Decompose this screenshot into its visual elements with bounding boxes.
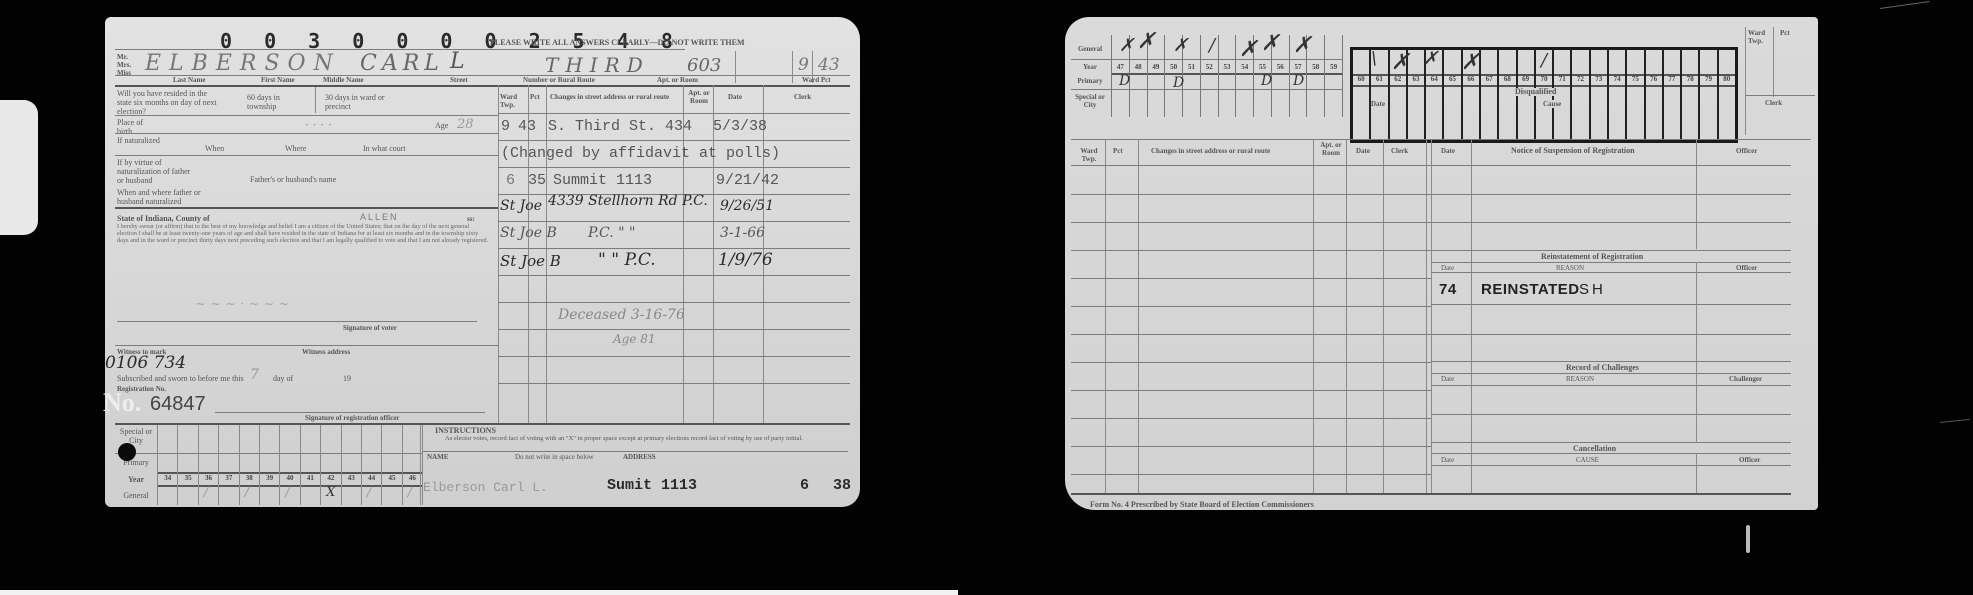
vote-mark: ✗ [1293,33,1311,58]
col-apt-room: Apt. or Room [686,89,712,105]
day-value: 7 [250,367,259,383]
first-name-label: First Name [261,76,295,84]
county-value: ALLEN [360,212,399,222]
year-40: 40 [280,474,299,482]
row1-date: 5/3/38 [713,118,767,135]
handwritten-number: 0106 734 [105,353,186,373]
father-husband-name-label: Father's or husband's name [250,175,336,184]
ward-value: 9 [798,55,809,75]
cancellation-date-label: Date [1441,456,1454,464]
year-row-label: Year [1071,63,1109,71]
reinstatement-title: Reinstatement of Registration [1541,253,1643,261]
vote-mark: ✗ [1119,35,1134,56]
do-not-write-note: Do not write in space below [515,453,594,461]
voter-signature-label: Signature of voter [343,324,397,332]
name-field-label: NAME [427,453,448,461]
row3-date: 9/21/42 [716,172,779,189]
age-value: 28 [457,117,474,132]
suspension-title: Notice of Suspension of Registration [1511,147,1635,155]
back-col-clerk: Clerk [1391,147,1408,155]
row3-pct: 35 [528,172,546,189]
row6-address: " " P.C. [598,250,656,270]
year-38: 38 [240,474,259,482]
instructions-text: As elector votes, record fact of voting … [445,435,835,442]
pct-label: Pct [1780,29,1790,37]
witness-address-label: Witness address [302,348,350,356]
apt-label: Apt. or Room [657,76,698,84]
scan-scratch [1940,419,1970,423]
year-42: 42 [321,474,340,482]
row6-ward: St Joe B [500,252,561,270]
reinstatement-reason-label: REASON [1556,264,1584,272]
middle-name-value: L [450,49,465,74]
primary-mark: D [1293,73,1304,89]
last-name-label: Last Name [173,76,205,84]
col-address-changes: Changes in street address or rural route [550,93,680,101]
house-number-value: 603 [687,55,721,76]
special-city-row-label: Special or City [1071,93,1109,109]
instructions-title: INSTRUCTIONS [435,427,496,435]
year-row-label: Year [117,475,155,484]
ward-twp-label: Ward Twp. [1748,29,1773,45]
registration-number: 64847 [150,393,206,416]
primary-mark: D [1119,73,1130,89]
bottom-address: Sumit 1113 [607,477,697,494]
col-pct: Pct [530,93,540,101]
challenges-reason-label: REASON [1566,375,1594,383]
suspension-officer-label: Officer [1736,147,1757,155]
challenges-date-label: Date [1441,375,1454,383]
vote-mark: ✗ [1461,50,1479,75]
naturalized-court: In what court [363,144,406,153]
year-43: 43 [342,474,361,482]
bottom-ward: 6 [800,477,809,494]
scan-bottom-edge [0,590,958,595]
when-where-naturalized: When and where father or husband natural… [117,188,207,206]
row2-address: (Changed by affidavit at polls) [501,145,780,162]
disqualified-label: Disqualified [1513,88,1558,96]
challenges-title: Record of Challenges [1566,364,1639,372]
back-col-ward: Ward Twp. [1074,147,1104,163]
naturalized-label: If naturalized [117,136,172,145]
cancellation-cause-label: CAUSE [1576,456,1599,464]
reinstated-reason: REINSTATED [1481,281,1580,298]
row6-date: 1/9/76 [718,250,773,270]
voter-signature: ~ ~ ~ · ~ ~ ~ [195,297,289,312]
vote-mark: ✗ [1423,48,1438,69]
back-col-changes: Changes in street address or rural route [1151,147,1270,155]
oath-heading: State of Indiana, County of [117,215,210,223]
voting-grid-60-80: 60 61 62 63 64 65 66 67 68 69 70 71 72 7… [1350,47,1738,143]
header-note: PLEASE WRITE ALL ANSWERS CLEARLY—DO NOT … [490,39,745,47]
year-36: 36 [199,474,218,482]
birthplace-value: · · · · [305,118,332,132]
last-name-value: ELBERSON [145,51,341,76]
row4-address: 4339 Stellhorn Rd P.C. [548,193,708,209]
township-days: 60 days in township [247,93,302,111]
row3-ward: 6 [506,172,515,189]
bottom-name: Elberson Carl L. [423,480,548,495]
father-husband-label: If by virtue of naturalization of father… [117,158,197,185]
col-ward-twp: Ward Twp. [500,93,528,109]
scan-edge-fragment [0,100,38,235]
special-city-label: Special or City [117,427,155,445]
year-39: 39 [260,474,279,482]
form-footer: Form No. 4 Prescribed by State Board of … [1090,501,1314,509]
year-41: 41 [301,474,320,482]
clerk-label: Clerk [1765,99,1782,107]
street-value: THIRD [545,53,650,77]
back-col-apt: Apt. or Room [1317,141,1345,157]
vote-mark: ✗ [1239,37,1257,62]
number-symbol: No. [103,388,141,418]
row5-date: 3-1-66 [720,225,765,241]
year-45: 45 [382,474,401,482]
reinstatement-officer-label: Officer [1736,264,1757,272]
first-name-value: CARL [360,51,444,76]
row3-address: Summit 1113 [553,172,652,189]
vote-mark: \ [1371,48,1377,69]
pct-value: 43 [818,55,840,75]
back-changes-table: Ward Twp. Pct Changes in street address … [1071,139,1811,494]
disqualified-date-label: Date [1371,100,1385,108]
scan-artifact [1746,525,1750,553]
age-label: Age [435,121,448,130]
row1-ward: 9 [501,118,510,135]
reinstated-date: 74 [1439,281,1457,298]
voting-grid-47-59: General Year Primary Special or City 47 … [1071,35,1346,117]
title-prefix: Mr. Mrs. Miss [117,53,137,77]
cancellation-title: Cancellation [1573,445,1616,453]
ss-label: ss: [467,215,475,223]
primary-mark: D [1173,75,1184,91]
residence-question: Will you have resided in the state six m… [117,89,217,116]
row1-address: S. Third St. 434 [548,118,692,135]
reinstated-officer-initials: SH [1579,281,1606,298]
col-clerk: Clerk [794,93,811,101]
registration-card-back: General Year Primary Special or City 47 … [1065,17,1818,510]
row4-date: 9/26/51 [720,198,774,214]
day-of-label: day of [273,374,293,383]
vote-mark: ✗ [1173,35,1188,56]
year-44: 44 [362,474,381,482]
row4-ward: St Joe [500,198,542,214]
registration-officer-label: Signature of registration officer [305,414,399,422]
registration-card-front: 0 0 3 0 0 0 0 2 5 4 8 PLEASE WRITE ALL A… [105,17,860,507]
cancellation-officer-label: Officer [1739,456,1760,464]
age-at-death: Age 81 [613,332,656,346]
ward-days: 30 days in ward or precinct [325,93,390,111]
year-columns: 34 35 36/ 37 38/ 39 40/ 41 42X 43 44/ 45… [157,425,423,505]
row1-pct: 43 [518,118,536,135]
ward-pct-label: Ward Pct [802,76,831,84]
street-label: Street [450,76,468,84]
general-label: General [117,491,155,500]
naturalized-where: Where [285,144,306,153]
back-col-pct: Pct [1113,147,1123,155]
general-row-label: General [1071,45,1109,53]
vote-mark: ✗ [1261,31,1279,56]
year-label: 19 [343,374,351,383]
year-34: 34 [158,474,177,482]
col-date: Date [728,93,742,101]
challenger-label: Challenger [1729,375,1762,383]
deceased-note: Deceased 3-16-76 [558,307,685,323]
vote-mark: ✗ [1391,50,1409,75]
number-label: Number or Rural Route [523,76,595,84]
year-35: 35 [178,474,197,482]
back-col-date: Date [1356,147,1370,155]
reinstatement-date-label: Date [1441,264,1454,272]
vote-mark: / [1209,35,1215,56]
middle-name-label: Middle Name [323,76,364,84]
year-37: 37 [219,474,238,482]
address-field-label: ADDRESS [623,453,656,461]
suspension-date-label: Date [1441,147,1455,155]
primary-row-label: Primary [1071,77,1109,85]
subscribed-label: Subscribed and sworn to before me this [117,374,244,383]
primary-mark: D [1261,73,1272,89]
bottom-pct: 38 [833,477,851,494]
address-changes-table: Ward Twp. Pct Changes in street address … [498,85,850,423]
scan-scratch [1880,1,1930,9]
oath-text: I hereby swear (or affirm) that to the b… [117,223,489,244]
naturalized-when: When [205,144,224,153]
disqualified-cause-label: Cause [1543,100,1561,108]
punch-hole [118,443,136,461]
row5-address: P.C. " " [588,225,635,241]
vote-mark: ✗ [1137,29,1155,54]
vote-mark: / [1541,50,1547,71]
row5-ward: St Joe B [500,225,557,241]
